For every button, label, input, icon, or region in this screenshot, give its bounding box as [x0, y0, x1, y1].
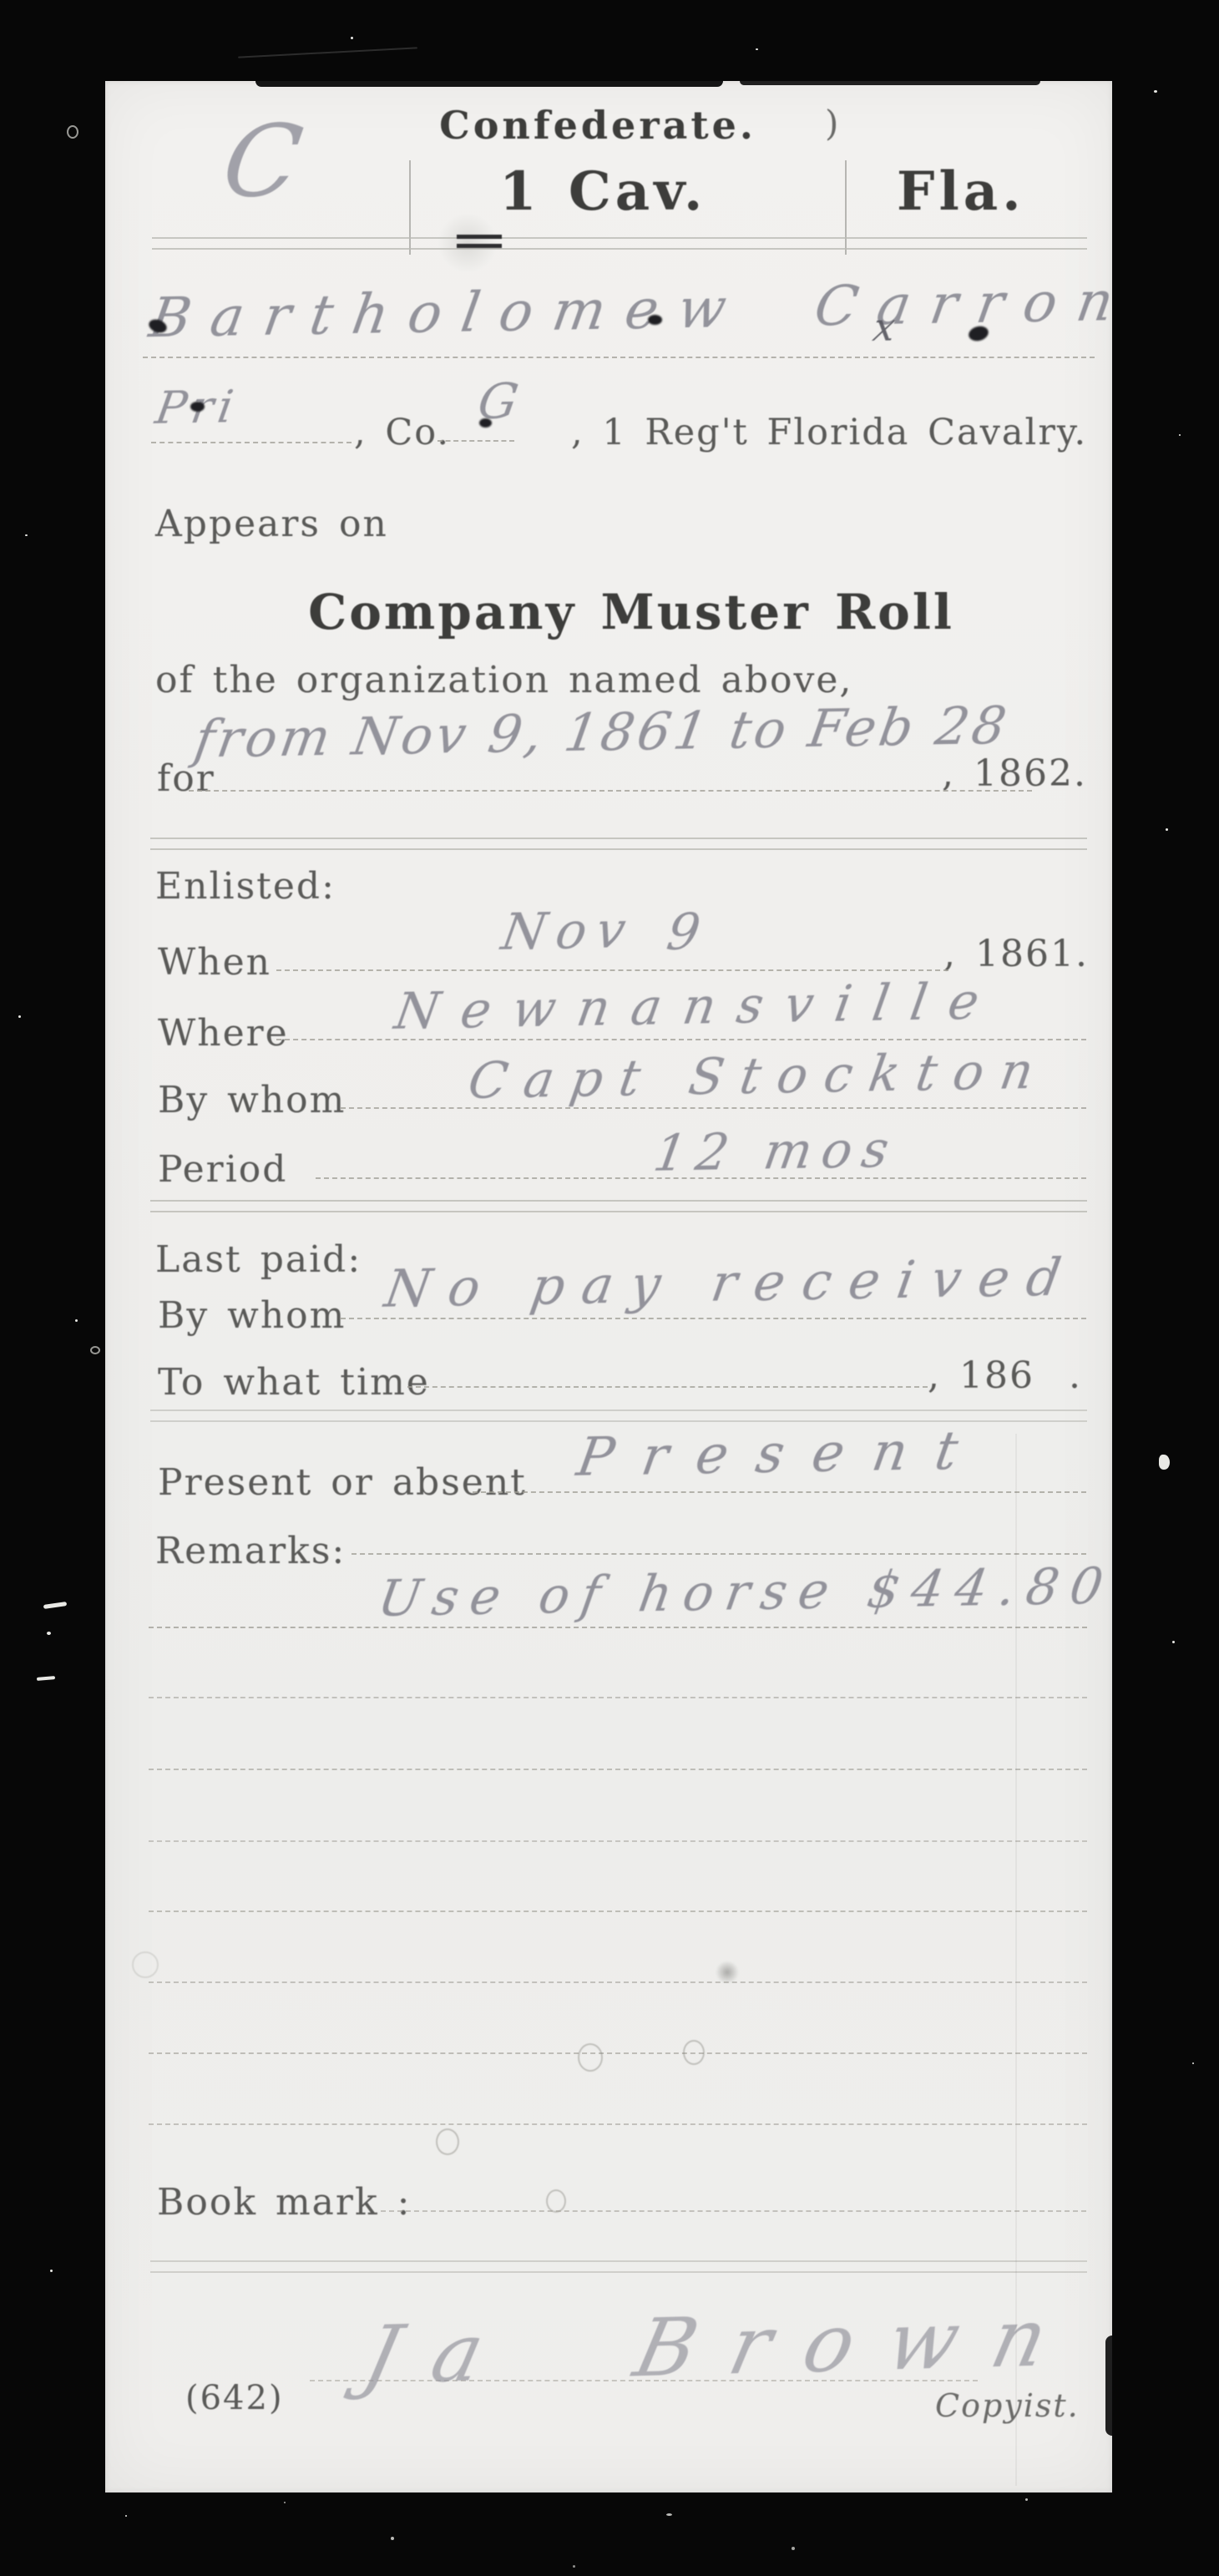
present-or-absent-label: Present or absent: [158, 1461, 527, 1504]
dust-speck: [284, 2502, 286, 2503]
dust-speck: [756, 48, 758, 50]
dust-blob: [1159, 1455, 1170, 1470]
remarks-first-line: [352, 1553, 1086, 1555]
when-label: When: [158, 941, 271, 984]
remarks-label: Remarks:: [155, 1530, 346, 1572]
when-year-label: , 1861.: [943, 933, 1089, 975]
dust-speck: [25, 534, 28, 536]
remarks-line: [149, 1981, 1087, 1983]
paid-by-whom-line: [341, 1318, 1086, 1319]
for-handwritten: from Nov 9, 1861 to Feb 28: [190, 695, 1014, 770]
when-day-handwritten: 9: [663, 903, 704, 962]
ink-blot: [479, 418, 492, 428]
header-rule: [152, 237, 1087, 250]
scratch-mark: [238, 47, 417, 58]
enlisted-section-label: Enlisted:: [155, 865, 336, 908]
dust-speck: [1179, 434, 1181, 436]
stain-ring: [578, 2043, 603, 2072]
regiment-label: , 1 Reg't Florida Cavalry.: [571, 412, 1087, 453]
to-what-time-year-label: , 186: [928, 1354, 1034, 1397]
muster-roll-card: Confederate. ) C 1 Cav. Fla. Bartholomew…: [105, 81, 1112, 2492]
period-label: Period: [158, 1148, 287, 1191]
dust-speck: [792, 2547, 795, 2550]
remarks-line: [149, 2123, 1087, 2125]
dust-speck: [50, 2270, 53, 2272]
where-line: [276, 1039, 1086, 1040]
remarks-handwritten: Use of horse $44.80: [374, 1557, 1119, 1628]
bottom-rule: [150, 2260, 1087, 2273]
paid-by-whom-label: By whom: [158, 1294, 346, 1337]
dust-dash: [43, 1602, 67, 1609]
appears-on-label: Appears on: [155, 503, 388, 545]
enlisted-by-whom-label: By whom: [158, 1079, 346, 1121]
dust-dash: [37, 1676, 55, 1681]
stain-ring: [436, 2128, 459, 2155]
book-mark-label: Book mark :: [157, 2181, 411, 2224]
dust-speck: [75, 1319, 78, 1322]
when-month-handwritten: Nov: [498, 901, 640, 962]
to-what-time-label: To what time: [158, 1361, 430, 1404]
stain-ring: [132, 1951, 159, 1978]
period-handwritten: 12 mos: [650, 1121, 903, 1183]
for-year-label: , 1862.: [942, 752, 1087, 795]
dust-speck: [1025, 2498, 1028, 2501]
paren-mark: ): [825, 103, 840, 144]
dust-speck: [351, 37, 353, 39]
period-line: [316, 1177, 1086, 1179]
last-paid-section-label: Last paid:: [155, 1238, 362, 1281]
section-rule: [150, 1200, 1087, 1212]
scan-edge-artifact: [740, 81, 1040, 85]
scan-streak: [1015, 1434, 1017, 2486]
scan-edge-artifact: [255, 81, 723, 87]
enlisted-by-whom-line: [341, 1107, 1086, 1109]
ink-blot: [190, 402, 205, 412]
rank-line: [151, 442, 352, 443]
for-line: [189, 790, 1032, 792]
dust-speck: [573, 2565, 575, 2568]
paid-by-whom-handwritten: No pay received: [381, 1247, 1083, 1319]
ink-blot: [648, 315, 662, 325]
dust-speck: [47, 1632, 51, 1635]
enlisted-by-whom-handwritten: Capt Stockton: [464, 1042, 1055, 1111]
present-or-absent-line: [473, 1491, 1086, 1493]
register-mark: [457, 235, 502, 251]
state-abbrev: Fla.: [897, 160, 1025, 223]
copyist-signature-handwritten: Ja Brown: [356, 2290, 1091, 2402]
dust-speck: [1166, 828, 1168, 831]
card-number: (642): [185, 2379, 284, 2417]
dust-speck: [18, 1015, 21, 1018]
unit-abbrev: 1 Cav.: [499, 160, 706, 223]
dust-speck: [1172, 1641, 1175, 1643]
company-label: , Co.: [354, 412, 450, 453]
stain: [715, 1961, 740, 1983]
where-label: Where: [158, 1012, 289, 1055]
dust-speck: [125, 2515, 127, 2517]
dust-speck: [1192, 2062, 1194, 2064]
stain-ring: [683, 2040, 705, 2065]
record-title: Company Muster Roll: [105, 584, 1112, 640]
to-what-time-line: [407, 1386, 928, 1388]
book-mark-line: [381, 2210, 1086, 2212]
remarks-line: [149, 1840, 1087, 1842]
dust-ring: [90, 1346, 100, 1354]
where-handwritten: Newnansville: [391, 972, 1004, 1041]
remarks-line: [149, 1627, 1087, 1628]
section-rule: [150, 838, 1087, 850]
remarks-line: [149, 1697, 1087, 1698]
name-line: [143, 357, 1095, 358]
scan-background: { "palette":{ "background":"#070707", "p…: [0, 0, 1219, 2576]
company-line: [438, 440, 514, 442]
when-line: [276, 969, 948, 971]
remarks-line: [149, 2052, 1087, 2054]
organization-line: of the organization named above,: [155, 659, 852, 701]
dust-speck: [1154, 90, 1157, 93]
remarks-line: [149, 1769, 1087, 1770]
remarks-line: [149, 1910, 1087, 1912]
scan-edge-artifact: [1105, 2336, 1112, 2436]
soldier-name-handwritten: Bartholomew Carron: [145, 269, 1138, 350]
dust-ring: [67, 125, 78, 139]
present-or-absent-handwritten: Present: [573, 1420, 990, 1489]
stain-ring: [546, 2189, 566, 2213]
copyist-label: Copyist.: [935, 2387, 1080, 2424]
dust-dash: [666, 2513, 672, 2516]
trailing-period: .: [1069, 1354, 1082, 1397]
dust-speck: [391, 2537, 394, 2540]
